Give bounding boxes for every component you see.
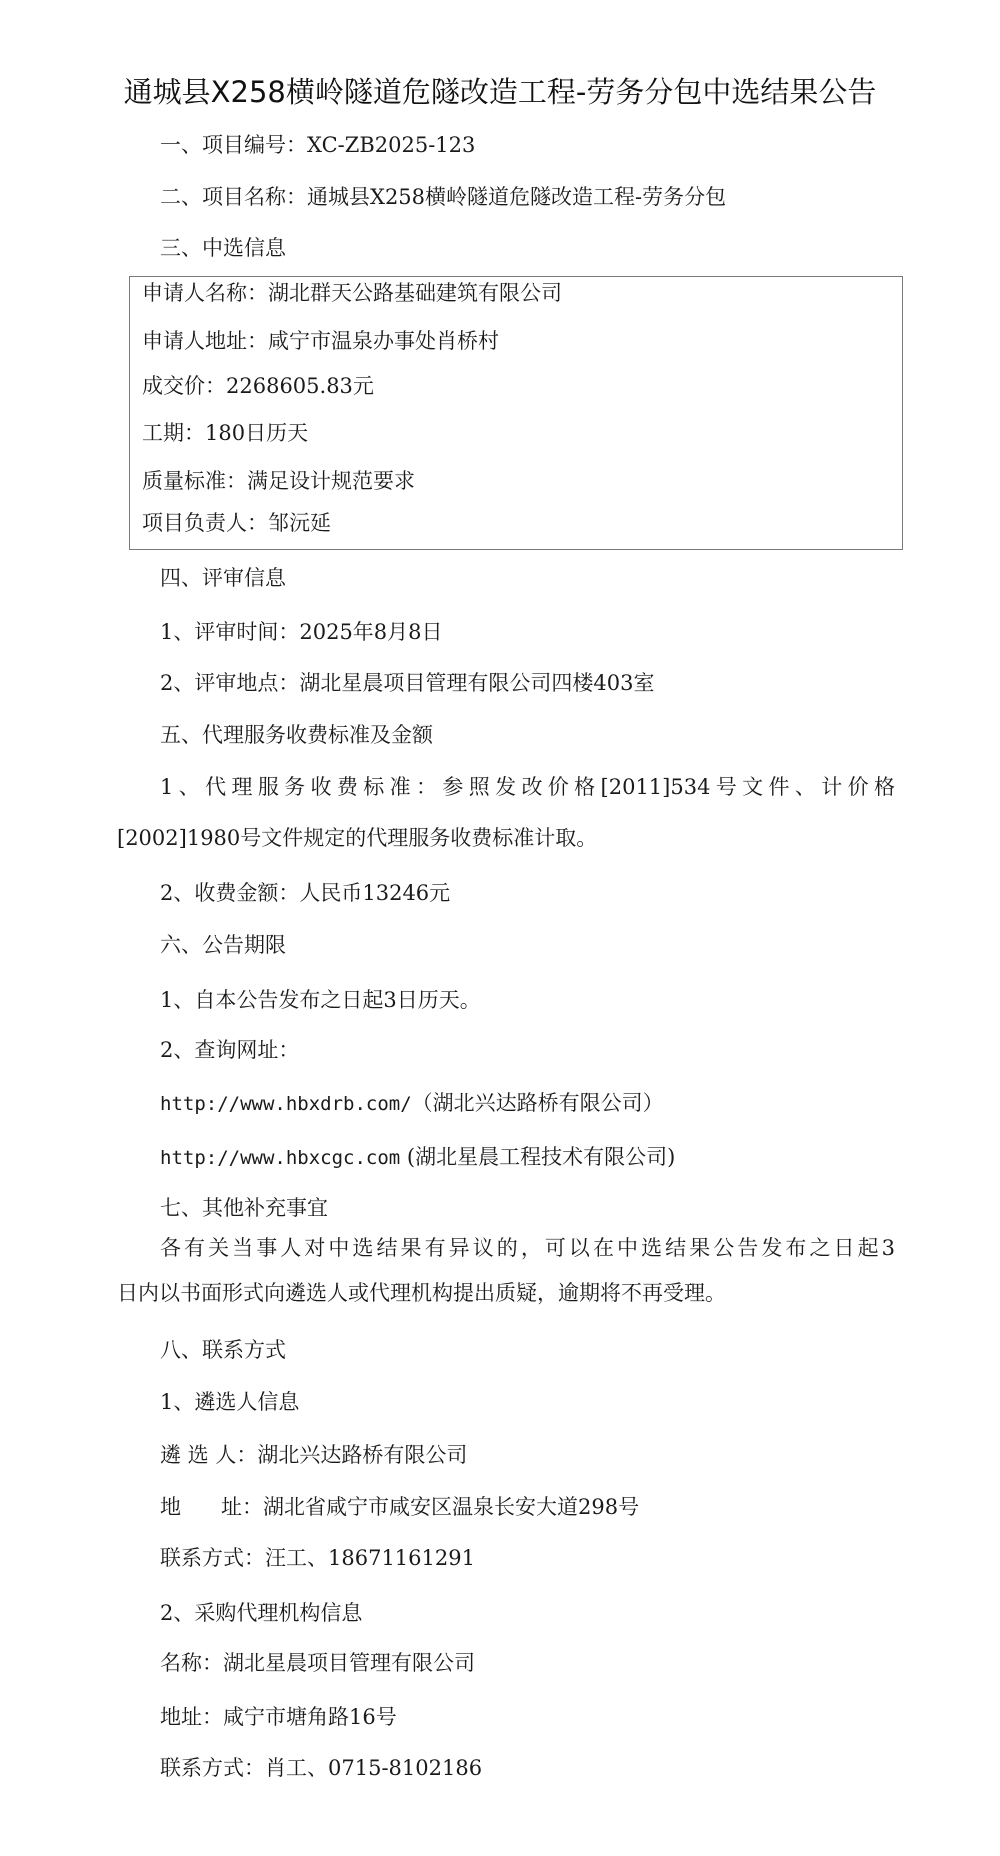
- applicant-name: 申请人名称：湖北群天公路基础建筑有限公司: [142, 279, 562, 307]
- agency-info-heading: 2、采购代理机构信息: [160, 1599, 362, 1627]
- objection-line1: 各有关当事人对中选结果有异议的，可以在中选结果公告发布之日起3: [160, 1234, 895, 1262]
- applicant-address: 申请人地址：咸宁市温泉办事处肖桥村: [142, 327, 499, 355]
- agency-address: 地址：咸宁市塘角路16号: [160, 1703, 397, 1731]
- query-url-1-row: http://www.hbxdrb.com/（湖北兴达路桥有限公司）: [160, 1089, 664, 1117]
- query-url-label: 2、查询网址：: [160, 1036, 299, 1064]
- section-heading-supplementary: 七、其他补充事宜: [160, 1194, 328, 1222]
- section-heading-contact: 八、联系方式: [160, 1336, 286, 1364]
- selector-contact: 联系方式：汪工、18671161291: [160, 1544, 475, 1572]
- selection-info-box: 申请人名称：湖北群天公路基础建筑有限公司 申请人地址：咸宁市温泉办事处肖桥村 成…: [129, 276, 903, 550]
- query-url-1-link[interactable]: http://www.hbxdrb.com/: [160, 1093, 412, 1115]
- fee-standard-line1: 1、代理服务收费标准：参照发改价格[2011]534号文件、计价格: [160, 773, 895, 801]
- project-manager: 项目负责人：邹沅延: [142, 509, 331, 537]
- query-url-2-row: http://www.hbxcgc.com (湖北星晨工程技术有限公司): [160, 1143, 675, 1171]
- objection-line2: 日内以书面形式向遴选人或代理机构提出质疑，逾期将不再受理。: [117, 1279, 726, 1307]
- agency-name: 名称：湖北星晨项目管理有限公司: [160, 1649, 475, 1677]
- quality-standard: 质量标准：满足设计规范要求: [142, 467, 415, 495]
- agency-contact: 联系方式：肖工、0715-8102186: [160, 1754, 482, 1782]
- selector-address: 地 址：湖北省咸宁市咸安区温泉长安大道298号: [160, 1493, 639, 1521]
- selector-name: 遴 选 人：湖北兴达路桥有限公司: [160, 1441, 467, 1469]
- project-number: 一、项目编号：XC-ZB2025-123: [160, 131, 475, 159]
- section-heading-notice-period: 六、公告期限: [160, 931, 286, 959]
- section-heading-selection-info: 三、中选信息: [160, 234, 286, 262]
- review-time: 1、评审时间：2025年8月8日: [160, 618, 443, 646]
- deal-price: 成交价：2268605.83元: [142, 372, 374, 400]
- query-url-2-org: (湖北星晨工程技术有限公司): [407, 1145, 675, 1169]
- section-heading-review-info: 四、评审信息: [160, 564, 286, 592]
- fee-standard-line2: [2002]1980号文件规定的代理服务收费标准计取。: [117, 824, 597, 852]
- fee-amount: 2、收费金额：人民币13246元: [160, 879, 450, 907]
- project-name: 二、项目名称：通城县X258横岭隧道危隧改造工程-劳务分包: [160, 183, 726, 211]
- selector-info-heading: 1、遴选人信息: [160, 1388, 299, 1416]
- notice-period: 1、自本公告发布之日起3日历天。: [160, 986, 481, 1014]
- query-url-1-org: （湖北兴达路桥有限公司）: [412, 1091, 664, 1115]
- document-title: 通城县X258横岭隧道危隧改造工程-劳务分包中选结果公告: [0, 74, 1000, 110]
- duration: 工期：180日历天: [142, 419, 308, 447]
- review-location: 2、评审地点：湖北星晨项目管理有限公司四楼403室: [160, 669, 654, 697]
- section-heading-agency-fee: 五、代理服务收费标准及金额: [160, 721, 433, 749]
- query-url-2-link[interactable]: http://www.hbxcgc.com: [160, 1147, 400, 1169]
